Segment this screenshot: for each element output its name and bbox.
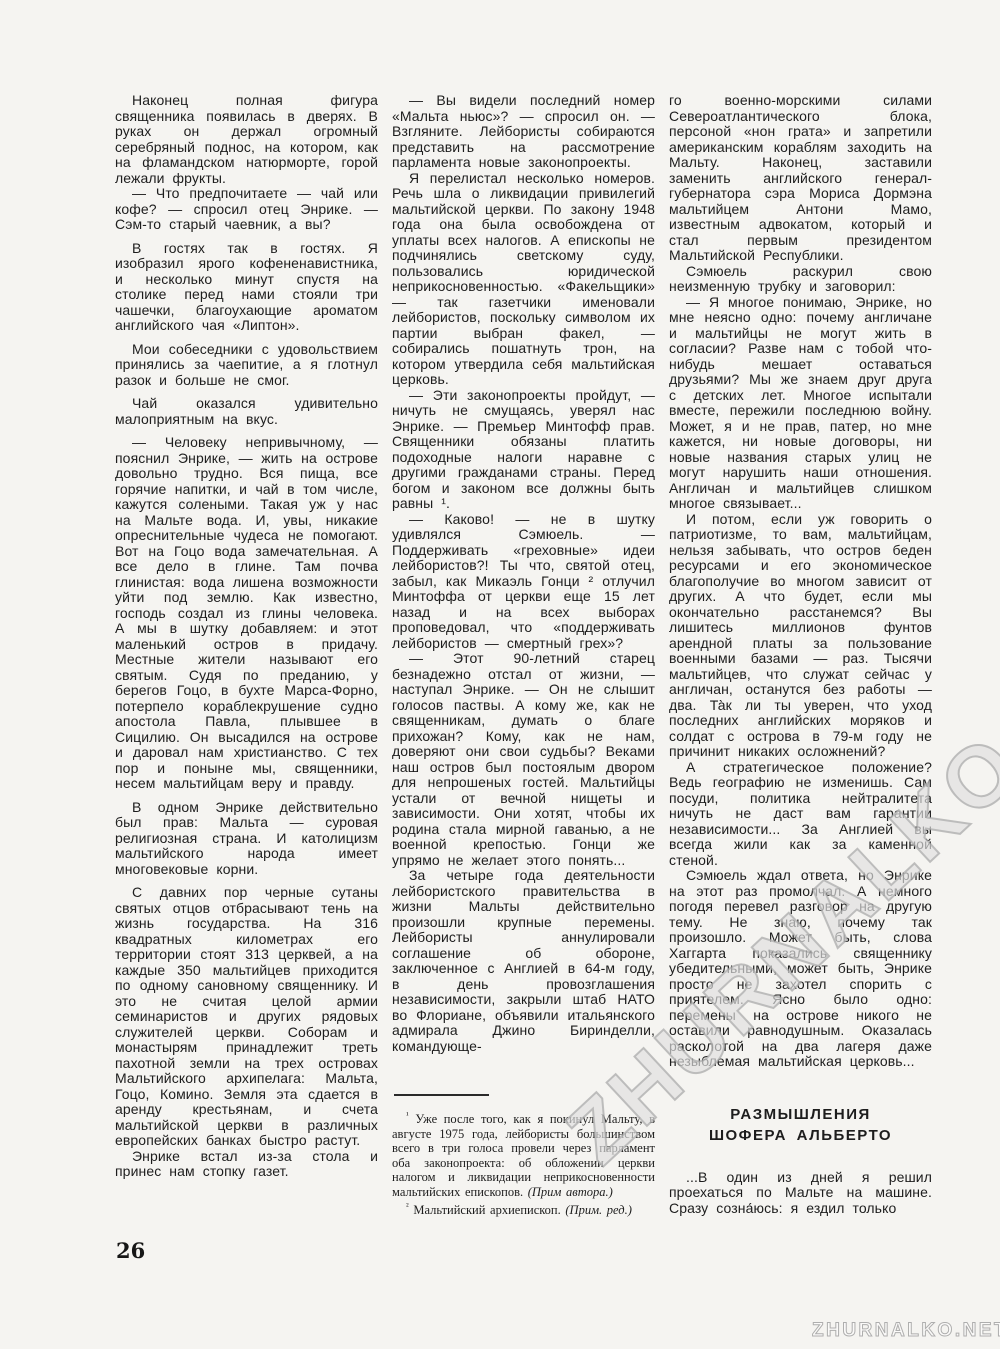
section-heading: РАЗМЫШЛЕНИЯ ШОФЕРА АЛЬБЕРТО <box>669 1104 932 1146</box>
paragraph: Энрике встал из-за стола и принес нам ст… <box>115 1149 378 1180</box>
paragraph: Я перелистал несколько номеров. Речь шла… <box>392 171 655 388</box>
paragraph: — Этот 90-летний старец безнадежно отста… <box>392 651 655 868</box>
footnote-text: Уже после того, как я покинул Мальту, в … <box>392 1112 655 1199</box>
corner-watermark: ZHURNALKO.NET <box>812 1320 1000 1342</box>
footnote-marker: ¹ <box>406 1110 409 1120</box>
column-3: го военно-морскими силами Североатлантич… <box>669 93 932 1218</box>
paragraph: — Эти законопроекты пройдут, — ничуть не… <box>392 388 655 512</box>
paragraph: — Что предпочитаете — чай или кофе? — сп… <box>115 186 378 233</box>
paragraph: За четыре года деятельности лейбористско… <box>392 868 655 1054</box>
column-2: — Вы видели последний номер «Мальта ньюс… <box>392 93 655 1218</box>
paragraph: И потом, если уж говорить о патриотизме,… <box>669 512 932 760</box>
footnote-divider <box>394 1094 489 1096</box>
magazine-page-scan: Наконец полная фигура священника появила… <box>0 0 1000 1349</box>
footnote-attribution: (Прим. ред.) <box>565 1203 632 1217</box>
footnote-text: Мальтийский архиепископ. <box>413 1203 560 1217</box>
section-heading-line-2: ШОФЕРА АЛЬБЕРТО <box>669 1125 932 1146</box>
paragraph: — Человеку непривычному, — пояснил Энрик… <box>115 435 378 792</box>
paragraph: В одном Энрике действительно был прав: М… <box>115 800 378 878</box>
paragraph: — Каково! — не в шутку удивлялся Сэмюель… <box>392 512 655 652</box>
footnote-1: ¹ Уже после того, как я покинул Мальту, … <box>392 1108 655 1199</box>
paragraph: Мои собеседники с удовольствием принялис… <box>115 342 378 389</box>
paragraph: го военно-морскими силами Североатлантич… <box>669 93 932 264</box>
footnote-attribution: (Прим автора.) <box>528 1185 613 1199</box>
paragraph: Сэмюель раскурил свою неизменную трубку … <box>669 264 932 295</box>
paragraph: С давних пор черные сутаны святых отцов … <box>115 885 378 1149</box>
footnote-2: ² Мальтийский архиепископ. (Прим. ред.) <box>392 1199 655 1218</box>
paragraph: — Я многое понимаю, Энрике, но мне неясн… <box>669 295 932 512</box>
column-1: Наконец полная фигура священника появила… <box>115 93 378 1218</box>
paragraph: Сэмюель ждал ответа, но Энрике на этот р… <box>669 868 932 1070</box>
section-heading-line-1: РАЗМЫШЛЕНИЯ <box>669 1104 932 1125</box>
paragraph: В гостях так в гостях. Я изобразил ярого… <box>115 241 378 334</box>
paragraph: Наконец полная фигура священника появила… <box>115 93 378 186</box>
article-columns: Наконец полная фигура священника появила… <box>115 93 932 1218</box>
page-number: 26 <box>116 1238 145 1263</box>
paragraph: ...В один из дней я решил проехаться по … <box>669 1170 932 1217</box>
paragraph: — Вы видели последний номер «Мальта ньюс… <box>392 93 655 171</box>
paragraph: Чай оказался удивительно малоприятным на… <box>115 396 378 427</box>
footnote-marker: ² <box>406 1201 409 1211</box>
paragraph: А стратегическое положение? Ведь географ… <box>669 760 932 869</box>
